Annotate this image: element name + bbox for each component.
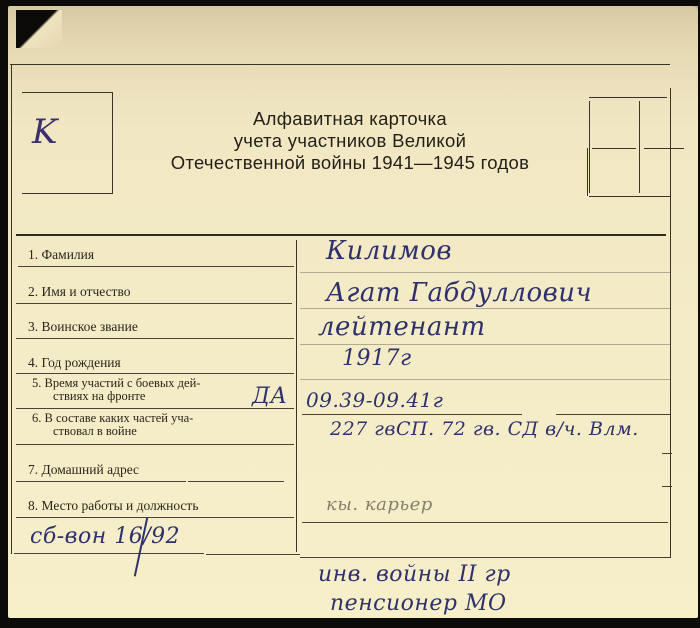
row-rule [188,481,284,482]
row-rule [556,414,670,415]
field-label-name: 2. Имя и отчество [28,284,131,300]
index-letter: K [32,112,57,152]
field-label-home-address: 7. Домашний адрес [28,462,139,478]
row-rule [16,373,294,374]
field-value-surname: Килимов [326,236,452,266]
row-rule [662,453,672,454]
archive-number: сб-вон 16/92 [30,524,180,549]
frame-top-rule [10,64,670,65]
row-rule [16,481,186,482]
bottom-rule [14,553,204,554]
field-label-front-service: 5. Время участий с боевых дей- ствиях на… [32,377,200,403]
row-rule [662,486,672,487]
row-rule [16,517,294,518]
row-rule [300,272,670,273]
field-value-birth-year: 1917г [342,346,412,371]
row-rule [16,303,292,304]
field-label-surname: 1. Фамилия [28,247,94,263]
field-label-rank: 3. Воинское звание [28,319,138,335]
row-rule [300,379,670,380]
row-rule [18,266,294,267]
field-value-workplace: кы. карьер [326,494,433,515]
field-value-units: 227 гвСП. 72 гв. СД в/ч. Влм. [330,418,639,440]
column-divider [296,240,297,552]
title-right-rule [587,148,588,196]
disability-note: инв. войны II гр [318,562,511,587]
row-rule [302,522,668,523]
title-line-1: Алфавитная карточка [112,108,588,130]
row-rule [16,444,294,445]
title-line-2: учета участников Великой [112,130,588,152]
bottom-rule [206,554,300,555]
card-title: Алфавитная карточка учета участников Вел… [112,108,588,174]
frame-right-rule [670,88,671,558]
row-rule [300,308,670,309]
field-value-name: Агат Габдуллович [326,278,592,308]
field-label-workplace: 8. Место работы и должность [28,498,198,514]
frame-left-rule [11,64,12,554]
folded-corner [16,10,62,48]
field-label-birth-year: 4. Год рождения [28,355,121,371]
field-value-front-service: 09.39-09.41г [306,388,443,412]
field-value-rank: лейтенант [318,312,486,342]
bottom-rule [300,557,670,558]
row-rule [16,338,294,339]
title-line-3: Отечественной войны 1941—1945 годов [112,152,588,174]
field-label-units: 6. В составе каких частей уча- ствовал в… [32,412,193,438]
row-rule [302,414,522,415]
field-value-front-prefix: ДА [252,384,288,409]
row-rule [300,344,670,345]
pension-note: пенсионер МО [330,591,507,616]
registration-grid-box [589,97,669,195]
